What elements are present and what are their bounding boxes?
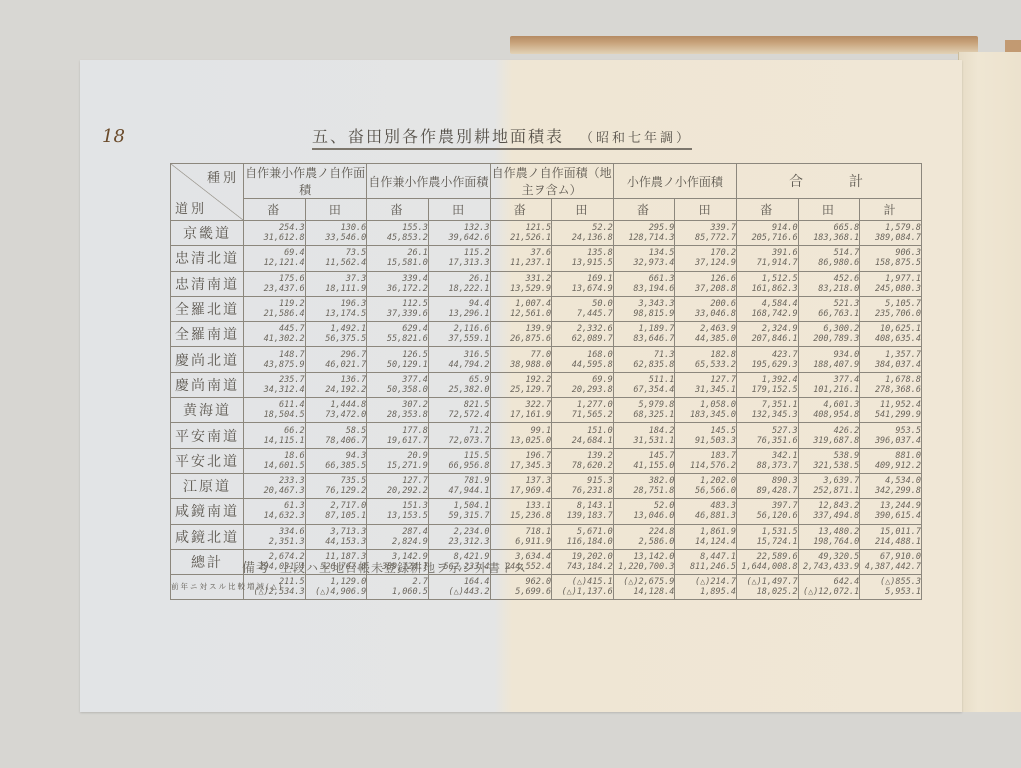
table-row: 前年ニ対スル比較増減(△)211.5(△)2,534.31,129.0(△)4,… xyxy=(171,575,922,600)
registered-area-value: 252,871.1 xyxy=(799,486,860,496)
area-cell: 339.785,772.7 xyxy=(675,221,737,246)
area-cell: (△)855.35,953.1 xyxy=(860,575,922,600)
area-cell: 77.038,988.0 xyxy=(490,347,552,372)
area-cell: 1,058.0183,345.0 xyxy=(675,398,737,423)
registered-area-value: 76,129.2 xyxy=(306,486,367,496)
unit-header: 田 xyxy=(305,199,367,221)
registered-area-value: 91,503.3 xyxy=(675,436,736,446)
area-cell: 52.013,046.0 xyxy=(613,499,675,524)
unregistered-area-value: 18.6 xyxy=(244,451,305,461)
area-cell: 1,392.4179,152.5 xyxy=(737,372,799,397)
registered-area-value: 78,406.7 xyxy=(306,436,367,446)
area-cell: 3,343.398,815.9 xyxy=(613,296,675,321)
area-cell: 521.366,763.1 xyxy=(798,296,860,321)
unregistered-area-value: 10,625.1 xyxy=(860,324,921,334)
registered-area-value: 198,764.0 xyxy=(799,537,860,547)
unregistered-area-value: 2,717.0 xyxy=(306,501,367,511)
unregistered-area-value: 50.0 xyxy=(552,299,613,309)
area-cell: 5,105.7235,706.0 xyxy=(860,296,922,321)
registered-area-value: 66,956.8 xyxy=(429,461,490,471)
unregistered-area-value: 26.1 xyxy=(367,248,428,258)
registered-area-value: 73,472.0 xyxy=(306,410,367,420)
registered-area-value: 408,954.8 xyxy=(799,410,860,420)
area-cell: 914.0205,716.6 xyxy=(737,221,799,246)
unregistered-area-value: 962.0 xyxy=(491,577,552,587)
registered-area-value: 390,615.4 xyxy=(860,511,921,521)
registered-area-value: 36,172.2 xyxy=(367,284,428,294)
registered-area-value: 66,763.1 xyxy=(799,309,860,319)
unregistered-area-value: 13,244.9 xyxy=(860,501,921,511)
unit-header: 田 xyxy=(798,199,860,221)
area-cell: 67,910.04,387,442.7 xyxy=(860,549,922,574)
registered-area-value: 56,120.6 xyxy=(737,511,798,521)
area-cell: 115.566,956.8 xyxy=(428,448,490,473)
unregistered-area-value: 112.5 xyxy=(367,299,428,309)
unregistered-area-value: 527.3 xyxy=(737,426,798,436)
page-number: 18 xyxy=(102,126,125,147)
unregistered-area-value: (△)214.7 xyxy=(675,577,736,587)
unregistered-area-value: 183.7 xyxy=(675,451,736,461)
area-cell: 69.920,293.8 xyxy=(552,372,614,397)
registered-area-value: 2,743,433.9 xyxy=(799,562,860,572)
registered-area-value: 342,299.8 xyxy=(860,486,921,496)
registered-area-value: 86,980.6 xyxy=(799,258,860,268)
area-cell: 511.167,354.4 xyxy=(613,372,675,397)
unregistered-area-value: 452.6 xyxy=(799,274,860,284)
registered-area-value: 128,714.3 xyxy=(614,233,675,243)
registered-area-value: 87,105.1 xyxy=(306,511,367,521)
area-cell: 1,512.5161,862.3 xyxy=(737,271,799,296)
area-cell: 233.320,467.3 xyxy=(244,473,306,498)
unregistered-area-value: 1,189.7 xyxy=(614,324,675,334)
unregistered-area-value: 5,979.8 xyxy=(614,400,675,410)
unregistered-area-value: 71.3 xyxy=(614,350,675,360)
unregistered-area-value: 8,143.1 xyxy=(552,501,613,511)
registered-area-value: 85,772.7 xyxy=(675,233,736,243)
registered-area-value: 15,581.0 xyxy=(367,258,428,268)
unregistered-area-value: 377.4 xyxy=(367,375,428,385)
area-cell: 164.4(△)443.2 xyxy=(428,575,490,600)
unregistered-area-value: 196.7 xyxy=(491,451,552,461)
registered-area-value: 20,293.8 xyxy=(552,385,613,395)
area-cell: 735.576,129.2 xyxy=(305,473,367,498)
area-cell: 73.511,562.4 xyxy=(305,246,367,271)
registered-area-value: 46,021.7 xyxy=(306,360,367,370)
area-cell: 26.118,222.1 xyxy=(428,271,490,296)
unregistered-area-value: 69.4 xyxy=(244,248,305,258)
registered-area-value: 139,183.7 xyxy=(552,511,613,521)
unregistered-area-value: 115.2 xyxy=(429,248,490,258)
registered-area-value: 33,546.0 xyxy=(306,233,367,243)
registered-area-value: 11,237.1 xyxy=(491,258,552,268)
registered-area-value: 44,153.3 xyxy=(306,537,367,547)
area-cell: 391.671,914.7 xyxy=(737,246,799,271)
registered-area-value: 409,912.2 xyxy=(860,461,921,471)
registered-area-value: 44,385.0 xyxy=(675,334,736,344)
unregistered-area-value: 137.3 xyxy=(491,476,552,486)
registered-area-value: 41,155.0 xyxy=(614,461,675,471)
unregistered-area-value: 200.6 xyxy=(675,299,736,309)
unregistered-area-value: 1,007.4 xyxy=(491,299,552,309)
registered-area-value: 15,236.8 xyxy=(491,511,552,521)
province-name: 前年ニ対スル比較増減(△) xyxy=(171,575,244,600)
unregistered-area-value: 821.5 xyxy=(429,400,490,410)
area-cell: 15,011.7214,488.1 xyxy=(860,524,922,549)
registered-area-value: 83,194.6 xyxy=(614,284,675,294)
unregistered-area-value: 134.5 xyxy=(614,248,675,258)
registered-area-value: 71,914.7 xyxy=(737,258,798,268)
table-row: 黄海道611.418,504.51,444.873,472.0307.228,3… xyxy=(171,398,922,423)
area-cell: 483.346,881.3 xyxy=(675,499,737,524)
registered-area-value: 31,531.1 xyxy=(614,436,675,446)
area-cell: 12,843.2337,494.8 xyxy=(798,499,860,524)
registered-area-value: 31,345.1 xyxy=(675,385,736,395)
area-cell: (△)1,497.718,025.2 xyxy=(737,575,799,600)
registered-area-value: 12,121.4 xyxy=(244,258,305,268)
area-cell: 295.9128,714.3 xyxy=(613,221,675,246)
registered-area-value: 183,345.0 xyxy=(675,410,736,420)
registered-area-value: 25,382.0 xyxy=(429,385,490,395)
registered-area-value: 11,562.4 xyxy=(306,258,367,268)
area-cell: 445.741,302.2 xyxy=(244,322,306,347)
area-cell: 69.412,121.4 xyxy=(244,246,306,271)
area-cell: 426.2319,687.8 xyxy=(798,423,860,448)
unregistered-area-value: 423.7 xyxy=(737,350,798,360)
unregistered-area-value: 735.5 xyxy=(306,476,367,486)
area-cell: 1,277.071,565.2 xyxy=(552,398,614,423)
area-cell: 139.926,875.6 xyxy=(490,322,552,347)
unregistered-area-value: 1,392.4 xyxy=(737,375,798,385)
area-cell: 5,671.0116,184.0 xyxy=(552,524,614,549)
area-cell: 13,142.01,220,700.3 xyxy=(613,549,675,574)
registered-area-value: 41,302.2 xyxy=(244,334,305,344)
remark-label: 備考 xyxy=(242,561,270,576)
unregistered-area-value: 331.2 xyxy=(491,274,552,284)
unregistered-area-value: 168.0 xyxy=(552,350,613,360)
unregistered-area-value: (△)855.3 xyxy=(860,577,921,587)
unregistered-area-value: 5,671.0 xyxy=(552,527,613,537)
unregistered-area-value: 629.4 xyxy=(367,324,428,334)
province-name: 慶尚北道 xyxy=(171,347,244,372)
registered-area-value: 205,716.6 xyxy=(737,233,798,243)
registered-area-value: 179,152.5 xyxy=(737,385,798,395)
province-name: 咸鏡南道 xyxy=(171,499,244,524)
area-cell: 881.0409,912.2 xyxy=(860,448,922,473)
unregistered-area-value: 2,463.9 xyxy=(675,324,736,334)
unregistered-area-value: 127.7 xyxy=(675,375,736,385)
area-cell: 126.637,208.8 xyxy=(675,271,737,296)
unregistered-area-value: 135.8 xyxy=(552,248,613,258)
unregistered-area-value: 192.2 xyxy=(491,375,552,385)
registered-area-value: 101,216.1 xyxy=(799,385,860,395)
registered-area-value: 183,368.1 xyxy=(799,233,860,243)
unregistered-area-value: 521.3 xyxy=(799,299,860,309)
registered-area-value: 62,835.8 xyxy=(614,360,675,370)
registered-area-value: 83,218.0 xyxy=(799,284,860,294)
unit-header-row: 畓田畓田畓田畓田畓田計 xyxy=(171,199,922,221)
unregistered-area-value: 377.4 xyxy=(799,375,860,385)
registered-area-value: 37,339.6 xyxy=(367,309,428,319)
area-cell: 514.786,980.6 xyxy=(798,246,860,271)
unregistered-area-value: 61.3 xyxy=(244,501,305,511)
area-cell: 135.813,915.5 xyxy=(552,246,614,271)
unregistered-area-value: 307.2 xyxy=(367,400,428,410)
unregistered-area-value: 13,480.2 xyxy=(799,527,860,537)
registered-area-value: 200,789.3 xyxy=(799,334,860,344)
table-row: 全羅南道445.741,302.21,492.156,375.5629.455,… xyxy=(171,322,922,347)
unregistered-area-value: 99.1 xyxy=(491,426,552,436)
unregistered-area-value: 316.5 xyxy=(429,350,490,360)
registered-area-value: (△)2,534.3 xyxy=(244,587,305,597)
area-cell: 134.532,973.4 xyxy=(613,246,675,271)
unregistered-area-value: 914.0 xyxy=(737,223,798,233)
registered-area-value: 44,794.2 xyxy=(429,360,490,370)
registered-area-value: (△)1,137.6 xyxy=(552,587,613,597)
registered-area-value: 396,037.4 xyxy=(860,436,921,446)
unregistered-area-value: 52.0 xyxy=(614,501,675,511)
unregistered-area-value: 1,058.0 xyxy=(675,400,736,410)
area-cell: 331.213,529.9 xyxy=(490,271,552,296)
registered-area-value: 14,601.5 xyxy=(244,461,305,471)
page-title: 五、畓田別各作農別耕地面積表（昭和七年調） xyxy=(312,124,692,150)
table-row: 全羅北道119.221,586.4196.313,174.5112.537,33… xyxy=(171,296,922,321)
unregistered-area-value: 4,601.3 xyxy=(799,400,860,410)
area-cell: 538.9321,538.5 xyxy=(798,448,860,473)
unregistered-area-value: 906.3 xyxy=(860,248,921,258)
registered-area-value: 39,642.6 xyxy=(429,233,490,243)
area-cell: 10,625.1408,635.4 xyxy=(860,322,922,347)
area-cell: 235.734,312.4 xyxy=(244,372,306,397)
unregistered-area-value: 233.3 xyxy=(244,476,305,486)
unregistered-area-value: 339.4 xyxy=(367,274,428,284)
area-cell: 130.633,546.0 xyxy=(305,221,367,246)
area-cell: 1,007.412,561.0 xyxy=(490,296,552,321)
registered-area-value: 13,296.1 xyxy=(429,309,490,319)
area-cell: 61.314,632.3 xyxy=(244,499,306,524)
unregistered-area-value: 130.6 xyxy=(306,223,367,233)
registered-area-value: 17,161.9 xyxy=(491,410,552,420)
unregistered-area-value: 1,678.8 xyxy=(860,375,921,385)
province-name: 忠清北道 xyxy=(171,246,244,271)
table-row: 慶尚北道148.743,875.9296.746,021.7126.550,12… xyxy=(171,347,922,372)
unregistered-area-value: 52.2 xyxy=(552,223,613,233)
area-cell: 151.313,153.5 xyxy=(367,499,429,524)
area-cell: 6,300.2200,789.3 xyxy=(798,322,860,347)
area-cell: 133.115,236.8 xyxy=(490,499,552,524)
registered-area-value: 68,325.1 xyxy=(614,410,675,420)
registered-area-value: 67,354.4 xyxy=(614,385,675,395)
area-cell: 8,143.1139,183.7 xyxy=(552,499,614,524)
registered-area-value: 98,815.9 xyxy=(614,309,675,319)
area-cell: 211.5(△)2,534.3 xyxy=(244,575,306,600)
unregistered-area-value: 382.0 xyxy=(614,476,675,486)
registered-area-value: 168,742.9 xyxy=(737,309,798,319)
registered-area-value: 65,533.2 xyxy=(675,360,736,370)
unregistered-area-value: 397.7 xyxy=(737,501,798,511)
unregistered-area-value: 235.7 xyxy=(244,375,305,385)
registered-area-value: 55,821.6 xyxy=(367,334,428,344)
province-name: 慶尚南道 xyxy=(171,372,244,397)
table-row: 忠清南道175.623,437.637.318,111.9339.436,172… xyxy=(171,271,922,296)
remark-note: 備考上段ハ土地台帳未登録耕地ヲ示シ外書トス xyxy=(242,557,527,576)
unregistered-area-value: 890.3 xyxy=(737,476,798,486)
unregistered-area-value: 119.2 xyxy=(244,299,305,309)
unregistered-area-value: 7,351.1 xyxy=(737,400,798,410)
registered-area-value: 23,437.6 xyxy=(244,284,305,294)
unregistered-area-value: 115.5 xyxy=(429,451,490,461)
registered-area-value: 88,373.7 xyxy=(737,461,798,471)
unregistered-area-value: 164.4 xyxy=(429,577,490,587)
unregistered-area-value: 175.6 xyxy=(244,274,305,284)
area-cell: 19,202.0743,184.2 xyxy=(552,549,614,574)
area-cell: 99.113,025.0 xyxy=(490,423,552,448)
registered-area-value: 76,231.8 xyxy=(552,486,613,496)
unregistered-area-value: 224.8 xyxy=(614,527,675,537)
registered-area-value: 2,586.0 xyxy=(614,537,675,547)
area-cell: (△)415.1(△)1,137.6 xyxy=(552,575,614,600)
registered-area-value: 50,358.0 xyxy=(367,385,428,395)
area-cell: 1,861.914,124.4 xyxy=(675,524,737,549)
registered-area-value: 15,271.9 xyxy=(367,461,428,471)
area-cell: 58.578,406.7 xyxy=(305,423,367,448)
unregistered-area-value: 151.0 xyxy=(552,426,613,436)
unregistered-area-value: 126.5 xyxy=(367,350,428,360)
area-cell: 934.0188,407.9 xyxy=(798,347,860,372)
registered-area-value: 195,629.3 xyxy=(737,360,798,370)
unregistered-area-value: 49,320.5 xyxy=(799,552,860,562)
registered-area-value: 14,632.3 xyxy=(244,511,305,521)
unregistered-area-value: 2.7 xyxy=(367,577,428,587)
registered-area-value: 7,445.7 xyxy=(552,309,613,319)
registered-area-value: 12,561.0 xyxy=(491,309,552,319)
unregistered-area-value: 5,105.7 xyxy=(860,299,921,309)
registered-area-value: 13,674.9 xyxy=(552,284,613,294)
unregistered-area-value: 121.5 xyxy=(491,223,552,233)
registered-area-value: 23,312.3 xyxy=(429,537,490,547)
registered-area-value: 1,220,700.3 xyxy=(614,562,675,572)
unregistered-area-value: 133.1 xyxy=(491,501,552,511)
registered-area-value: 2,351.3 xyxy=(244,537,305,547)
area-cell: 168.044,595.8 xyxy=(552,347,614,372)
unregistered-area-value: 155.3 xyxy=(367,223,428,233)
unregistered-area-value: 342.1 xyxy=(737,451,798,461)
table-row: 京畿道254.331,612.8130.633,546.0155.345,853… xyxy=(171,221,922,246)
unregistered-area-value: 20.9 xyxy=(367,451,428,461)
unregistered-area-value: 58.5 xyxy=(306,426,367,436)
registered-area-value: 2,824.9 xyxy=(367,537,428,547)
registered-area-value: 14,115.1 xyxy=(244,436,305,446)
registered-area-value: 43,875.9 xyxy=(244,360,305,370)
area-cell: 132.339,642.6 xyxy=(428,221,490,246)
remark-text: 上段ハ土地台帳未登録耕地ヲ示シ外書トス xyxy=(280,561,527,575)
registered-area-value: 384,037.4 xyxy=(860,360,921,370)
table-row: 江原道233.320,467.3735.576,129.2127.720,292… xyxy=(171,473,922,498)
corner-type-label: 種別 xyxy=(207,167,239,186)
registered-area-value: 5,699.6 xyxy=(491,587,552,597)
unregistered-area-value: 126.6 xyxy=(675,274,736,284)
area-cell: 377.4101,216.1 xyxy=(798,372,860,397)
title-subtitle: （昭和七年調） xyxy=(580,131,692,146)
area-cell: 137.317,969.4 xyxy=(490,473,552,498)
table-body: 京畿道254.331,612.8130.633,546.0155.345,853… xyxy=(171,221,922,600)
registered-area-value: 89,428.7 xyxy=(737,486,798,496)
area-cell: 287.42,824.9 xyxy=(367,524,429,549)
province-name: 全羅南道 xyxy=(171,322,244,347)
area-cell: 962.05,699.6 xyxy=(490,575,552,600)
registered-area-value: 78,620.2 xyxy=(552,461,613,471)
registered-area-value: 18,025.2 xyxy=(737,587,798,597)
registered-area-value: 1,644,008.8 xyxy=(737,562,798,572)
unregistered-area-value: 1,129.0 xyxy=(306,577,367,587)
registered-area-value: 321,538.5 xyxy=(799,461,860,471)
unregistered-area-value: (△)415.1 xyxy=(552,577,613,587)
unregistered-area-value: 445.7 xyxy=(244,324,305,334)
area-cell: 316.544,794.2 xyxy=(428,347,490,372)
table-row: 平安北道18.614,601.594.366,385.520.915,271.9… xyxy=(171,448,922,473)
registered-area-value: 44,595.8 xyxy=(552,360,613,370)
province-name: 江原道 xyxy=(171,473,244,498)
area-cell: 423.7195,629.3 xyxy=(737,347,799,372)
unregistered-area-value: 2,332.6 xyxy=(552,324,613,334)
registered-area-value: 24,192.2 xyxy=(306,385,367,395)
registered-area-value: 17,969.4 xyxy=(491,486,552,496)
area-cell: 296.746,021.7 xyxy=(305,347,367,372)
unregistered-area-value: 77.0 xyxy=(491,350,552,360)
registered-area-value: 18,504.5 xyxy=(244,410,305,420)
area-cell: 1,977.1245,080.3 xyxy=(860,271,922,296)
area-cell: 126.550,129.1 xyxy=(367,347,429,372)
area-cell: 7,351.1132,345.3 xyxy=(737,398,799,423)
unregistered-area-value: 781.9 xyxy=(429,476,490,486)
unregistered-area-value: 145.7 xyxy=(614,451,675,461)
registered-area-value: 83,646.7 xyxy=(614,334,675,344)
area-cell: 322.717,161.9 xyxy=(490,398,552,423)
unregistered-area-value: 287.4 xyxy=(367,527,428,537)
registered-area-value: 1,060.5 xyxy=(367,587,428,597)
area-cell: 1,492.156,375.5 xyxy=(305,322,367,347)
area-cell: 527.376,351.6 xyxy=(737,423,799,448)
registered-area-value: 4,387,442.7 xyxy=(860,562,921,572)
area-cell: 1,444.873,472.0 xyxy=(305,398,367,423)
registered-area-value: 19,617.7 xyxy=(367,436,428,446)
area-cell: 65.925,382.0 xyxy=(428,372,490,397)
area-cell: 94.413,296.1 xyxy=(428,296,490,321)
unit-header: 畓 xyxy=(737,199,799,221)
registered-area-value: 408,635.4 xyxy=(860,334,921,344)
area-cell: 22,589.61,644,008.8 xyxy=(737,549,799,574)
area-cell: 127.731,345.1 xyxy=(675,372,737,397)
unregistered-area-value: 3,639.7 xyxy=(799,476,860,486)
unregistered-area-value: 1,861.9 xyxy=(675,527,736,537)
book-spine-edge xyxy=(510,36,978,54)
area-cell: 52.224,136.8 xyxy=(552,221,614,246)
area-cell: 11,952.4541,299.9 xyxy=(860,398,922,423)
registered-area-value: 13,153.5 xyxy=(367,511,428,521)
registered-area-value: 541,299.9 xyxy=(860,410,921,420)
registered-area-value: 34,312.4 xyxy=(244,385,305,395)
area-cell: 175.623,437.6 xyxy=(244,271,306,296)
registered-area-value: 71,565.2 xyxy=(552,410,613,420)
unregistered-area-value: 13,142.0 xyxy=(614,552,675,562)
area-cell: 182.865,533.2 xyxy=(675,347,737,372)
registered-area-value: 278,368.6 xyxy=(860,385,921,395)
registered-area-value: 37,559.1 xyxy=(429,334,490,344)
registered-area-value: 17,345.3 xyxy=(491,461,552,471)
unregistered-area-value: 19,202.0 xyxy=(552,552,613,562)
area-cell: 1,202.056,566.0 xyxy=(675,473,737,498)
area-cell: 5,979.868,325.1 xyxy=(613,398,675,423)
area-cell: 18.614,601.5 xyxy=(244,448,306,473)
